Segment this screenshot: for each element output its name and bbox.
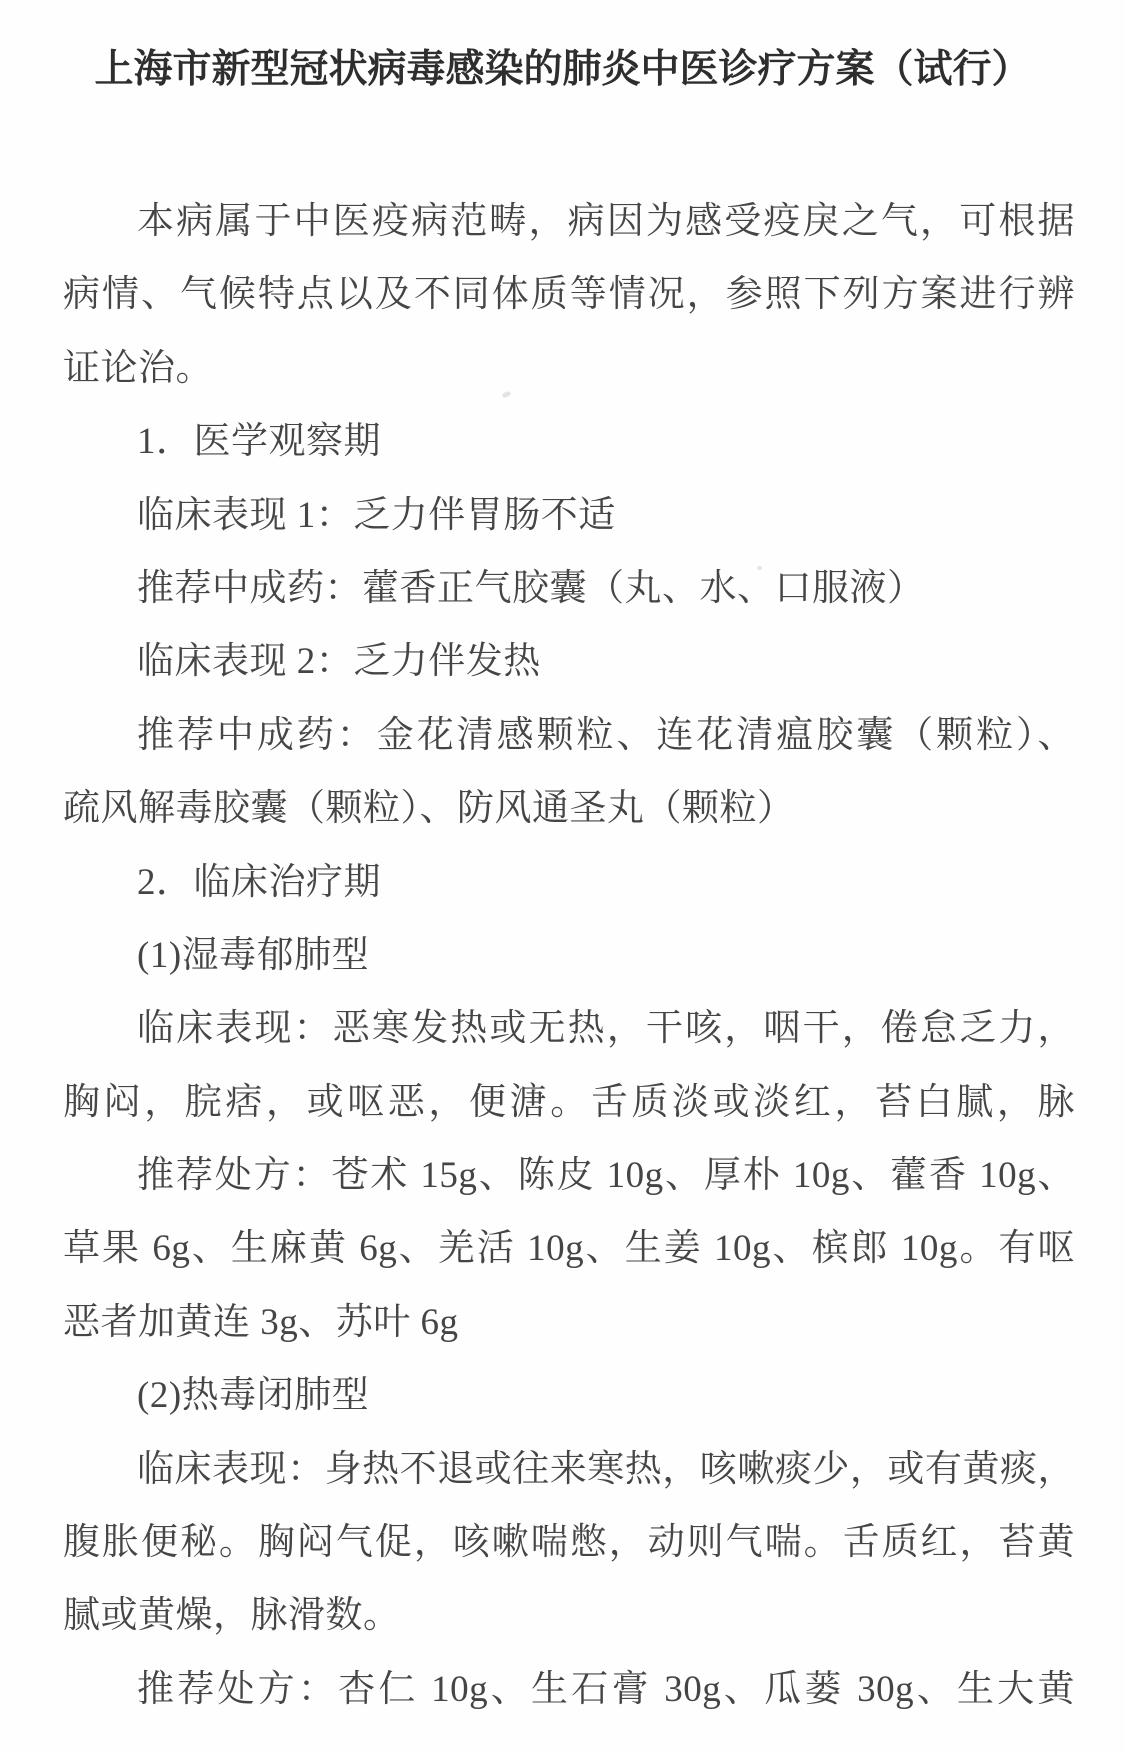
document-body: 本病属于中医疫病范畴，病因为感受疫戾之气，可根据病情、气候特点以及不同体质等情况…: [63, 185, 1075, 1726]
text-line: 恶者加黄连 3g、苏叶 6g: [63, 1286, 1075, 1359]
text-line: 推荐中成药：金花清感颗粒、连花清瘟胶囊（颗粒）、: [63, 699, 1075, 772]
document-page: 上海市新型冠状病毒感染的肺炎中医诊疗方案（试行） 本病属于中医疫病范畴，病因为感…: [0, 0, 1125, 1753]
scan-speck: [1046, 1243, 1050, 1246]
text-line: 本病属于中医疫病范畴，病因为感受疫戾之气，可根据: [63, 185, 1075, 258]
scan-speck: [757, 566, 762, 570]
text-line: 腻或黄燥，脉滑数。: [63, 1579, 1075, 1652]
text-line: 疏风解毒胶囊（颗粒）、防风通圣丸（颗粒）: [63, 772, 1075, 845]
text-line: (2)热毒闭肺型: [63, 1359, 1075, 1432]
text-line: 证论治。: [63, 332, 1075, 405]
text-line: 2．临床治疗期: [63, 846, 1075, 919]
text-line: 临床表现 2：乏力伴发热: [63, 625, 1075, 698]
text-line: (1)湿毒郁肺型: [63, 919, 1075, 992]
text-line: 推荐处方：苍术 15g、陈皮 10g、厚朴 10g、藿香 10g、: [63, 1139, 1075, 1212]
text-line: 临床表现 1：乏力伴胃肠不适: [63, 479, 1075, 552]
text-line: 推荐处方：杏仁 10g、生石膏 30g、瓜蒌 30g、生大黄: [63, 1653, 1075, 1726]
text-line: 草果 6g、生麻黄 6g、羌活 10g、生姜 10g、槟郎 10g。有呕: [63, 1212, 1075, 1285]
text-line: 胸闷，脘痞，或呕恶，便溏。舌质淡或淡红，苔白腻，脉濡。: [63, 1066, 1075, 1139]
text-line: 病情、气候特点以及不同体质等情况，参照下列方案进行辨: [63, 258, 1075, 331]
text-line: 腹胀便秘。胸闷气促，咳嗽喘憋，动则气喘。舌质红，苔黄: [63, 1506, 1075, 1579]
text-line: 推荐中成药：藿香正气胶囊（丸、水、口服液）: [63, 552, 1075, 625]
document-title: 上海市新型冠状病毒感染的肺炎中医诊疗方案（试行）: [0, 44, 1125, 96]
text-line: 临床表现：身热不退或往来寒热，咳嗽痰少，或有黄痰，: [63, 1433, 1075, 1506]
text-line: 1．医学观察期: [63, 405, 1075, 478]
text-line: 临床表现：恶寒发热或无热，干咳，咽干，倦怠乏力，: [63, 992, 1075, 1065]
